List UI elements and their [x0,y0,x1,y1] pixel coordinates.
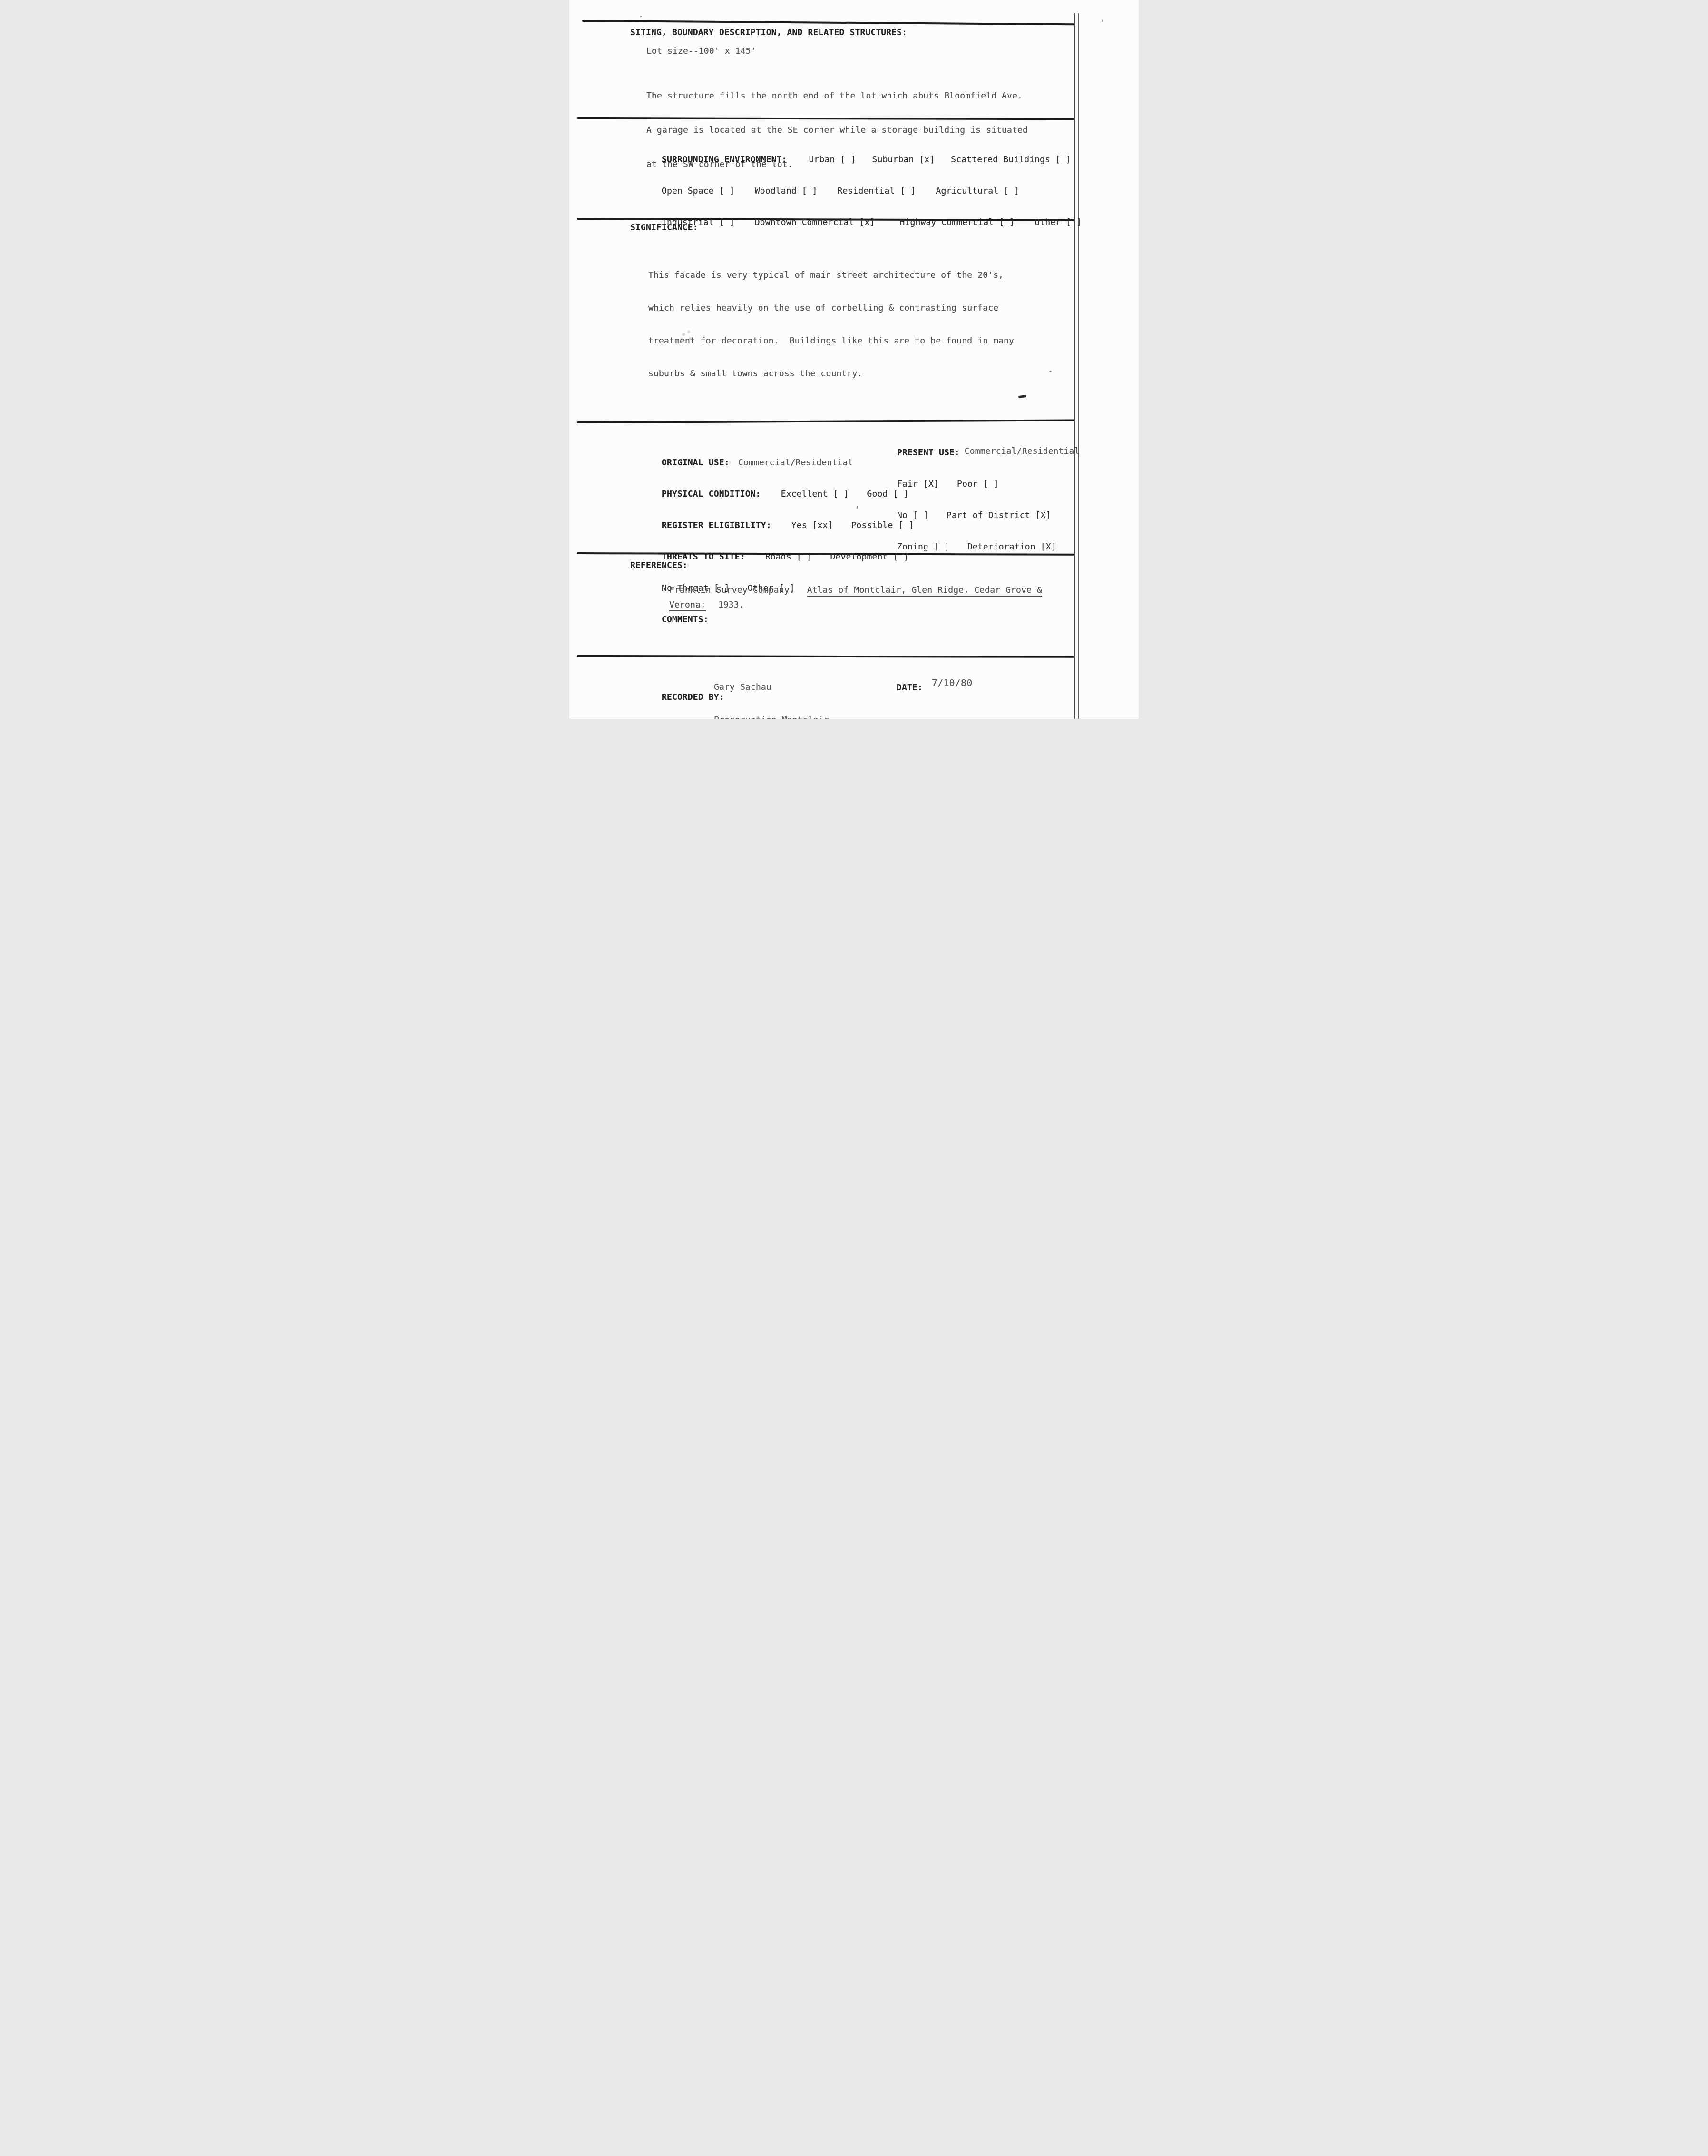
option-agricultural: Agricultural [ ] [936,186,1019,196]
reference-citation-title-cont: Verona; [669,600,706,611]
reference-citation-line-2: Verona;1933. [648,588,744,622]
option-downtown-commercial: Downtown Commercial [x] [755,217,875,227]
lot-size-text: Lot size--100' x 145' [646,46,756,57]
survey-form-page: SITING, BOUNDARY DESCRIPTION, AND RELATE… [569,0,1139,719]
option-yes: Yes [xx] [791,520,833,530]
scan-tick [1102,19,1103,22]
option-good: Good [ ] [867,489,909,499]
original-use-label: ORIGINAL USE: [662,458,730,468]
option-excellent: Excellent [ ] [781,489,849,499]
divider-above-siting [582,20,1074,25]
date-value: 7/10/80 [932,677,972,688]
physical-condition-label: PHYSICAL CONDITION: [662,489,761,499]
option-part-of-district: Part of District [X] [947,510,1051,520]
organization-value: Preservation Montclair [714,715,829,719]
option-development: Development [ ] [830,552,909,562]
reference-citation-year: 1933. [718,600,744,610]
recorded-by-label: RECORDED BY: [662,692,724,702]
scan-smudge [679,329,695,344]
option-suburban: Suburban [x] [872,155,935,165]
option-highway-commercial: Highway Commercial [ ] [899,217,1015,227]
recorded-by-value: Gary Sachau [714,682,771,692]
option-deterioration: Deterioration [X] [967,542,1056,552]
scan-speck [1049,371,1052,372]
register-eligibility-label: REGISTER ELIGIBILITY: [662,520,771,530]
significance-paragraph-line-4: suburbs & small towns across the country… [648,368,1014,379]
scan-ink-dash [1018,395,1026,398]
option-possible: Possible [ ] [851,520,914,530]
original-use-value: Commercial/Residential [738,458,853,468]
option-open-space: Open Space [ ] [662,186,735,196]
option-poor: Poor [ ] [957,479,999,489]
divider-above-use [577,419,1074,423]
option-roads: Roads [ ] [765,552,812,562]
significance-paragraph-line-2: which relies heavily on the use of corbe… [648,303,1014,314]
significance-paragraph-line-3: treatment for decoration. Buildings like… [648,335,1014,346]
right-margin-line-inner [1078,13,1079,719]
significance-section-heading: SIGNIFICANCE: [630,223,698,233]
footer-section: RECORDED BY: Gary Sachau DATE: 7/10/80 O… [630,662,1106,719]
option-scattered-buildings: Scattered Buildings [ ] [951,155,1071,165]
option-zoning: Zoning [ ] [897,542,949,552]
present-use-label: PRESENT USE: [897,448,960,458]
environment-section: SURROUNDING ENVIRONMENT:Urban [ ]Suburba… [630,125,1102,239]
option-residential: Residential [ ] [838,186,916,196]
option-urban: Urban [ ] [809,155,856,165]
divider-above-footer [577,655,1074,658]
present-use-value: Commercial/Residential [965,446,1080,456]
siting-section-heading: SITING, BOUNDARY DESCRIPTION, AND RELATE… [630,28,907,38]
date-label: DATE: [897,683,923,693]
reference-citation-title: Atlas of Montclair, Glen Ridge, Cedar Gr… [807,585,1042,597]
option-no: No [ ] [897,510,928,520]
siting-paragraph-line-1: The structure fills the north end of the… [646,90,1028,102]
scan-speck [640,16,642,17]
option-other-environment: Other [ ] [1035,217,1082,227]
significance-paragraph-line-1: This facade is very typical of main stre… [648,270,1014,281]
significance-paragraph: This facade is very typical of main stre… [648,248,1014,401]
environment-heading: SURROUNDING ENVIRONMENT: [662,155,787,165]
references-section-heading: REFERENCES: [630,560,688,570]
option-fair: Fair [X] [897,479,939,489]
option-woodland: Woodland [ ] [755,186,818,196]
